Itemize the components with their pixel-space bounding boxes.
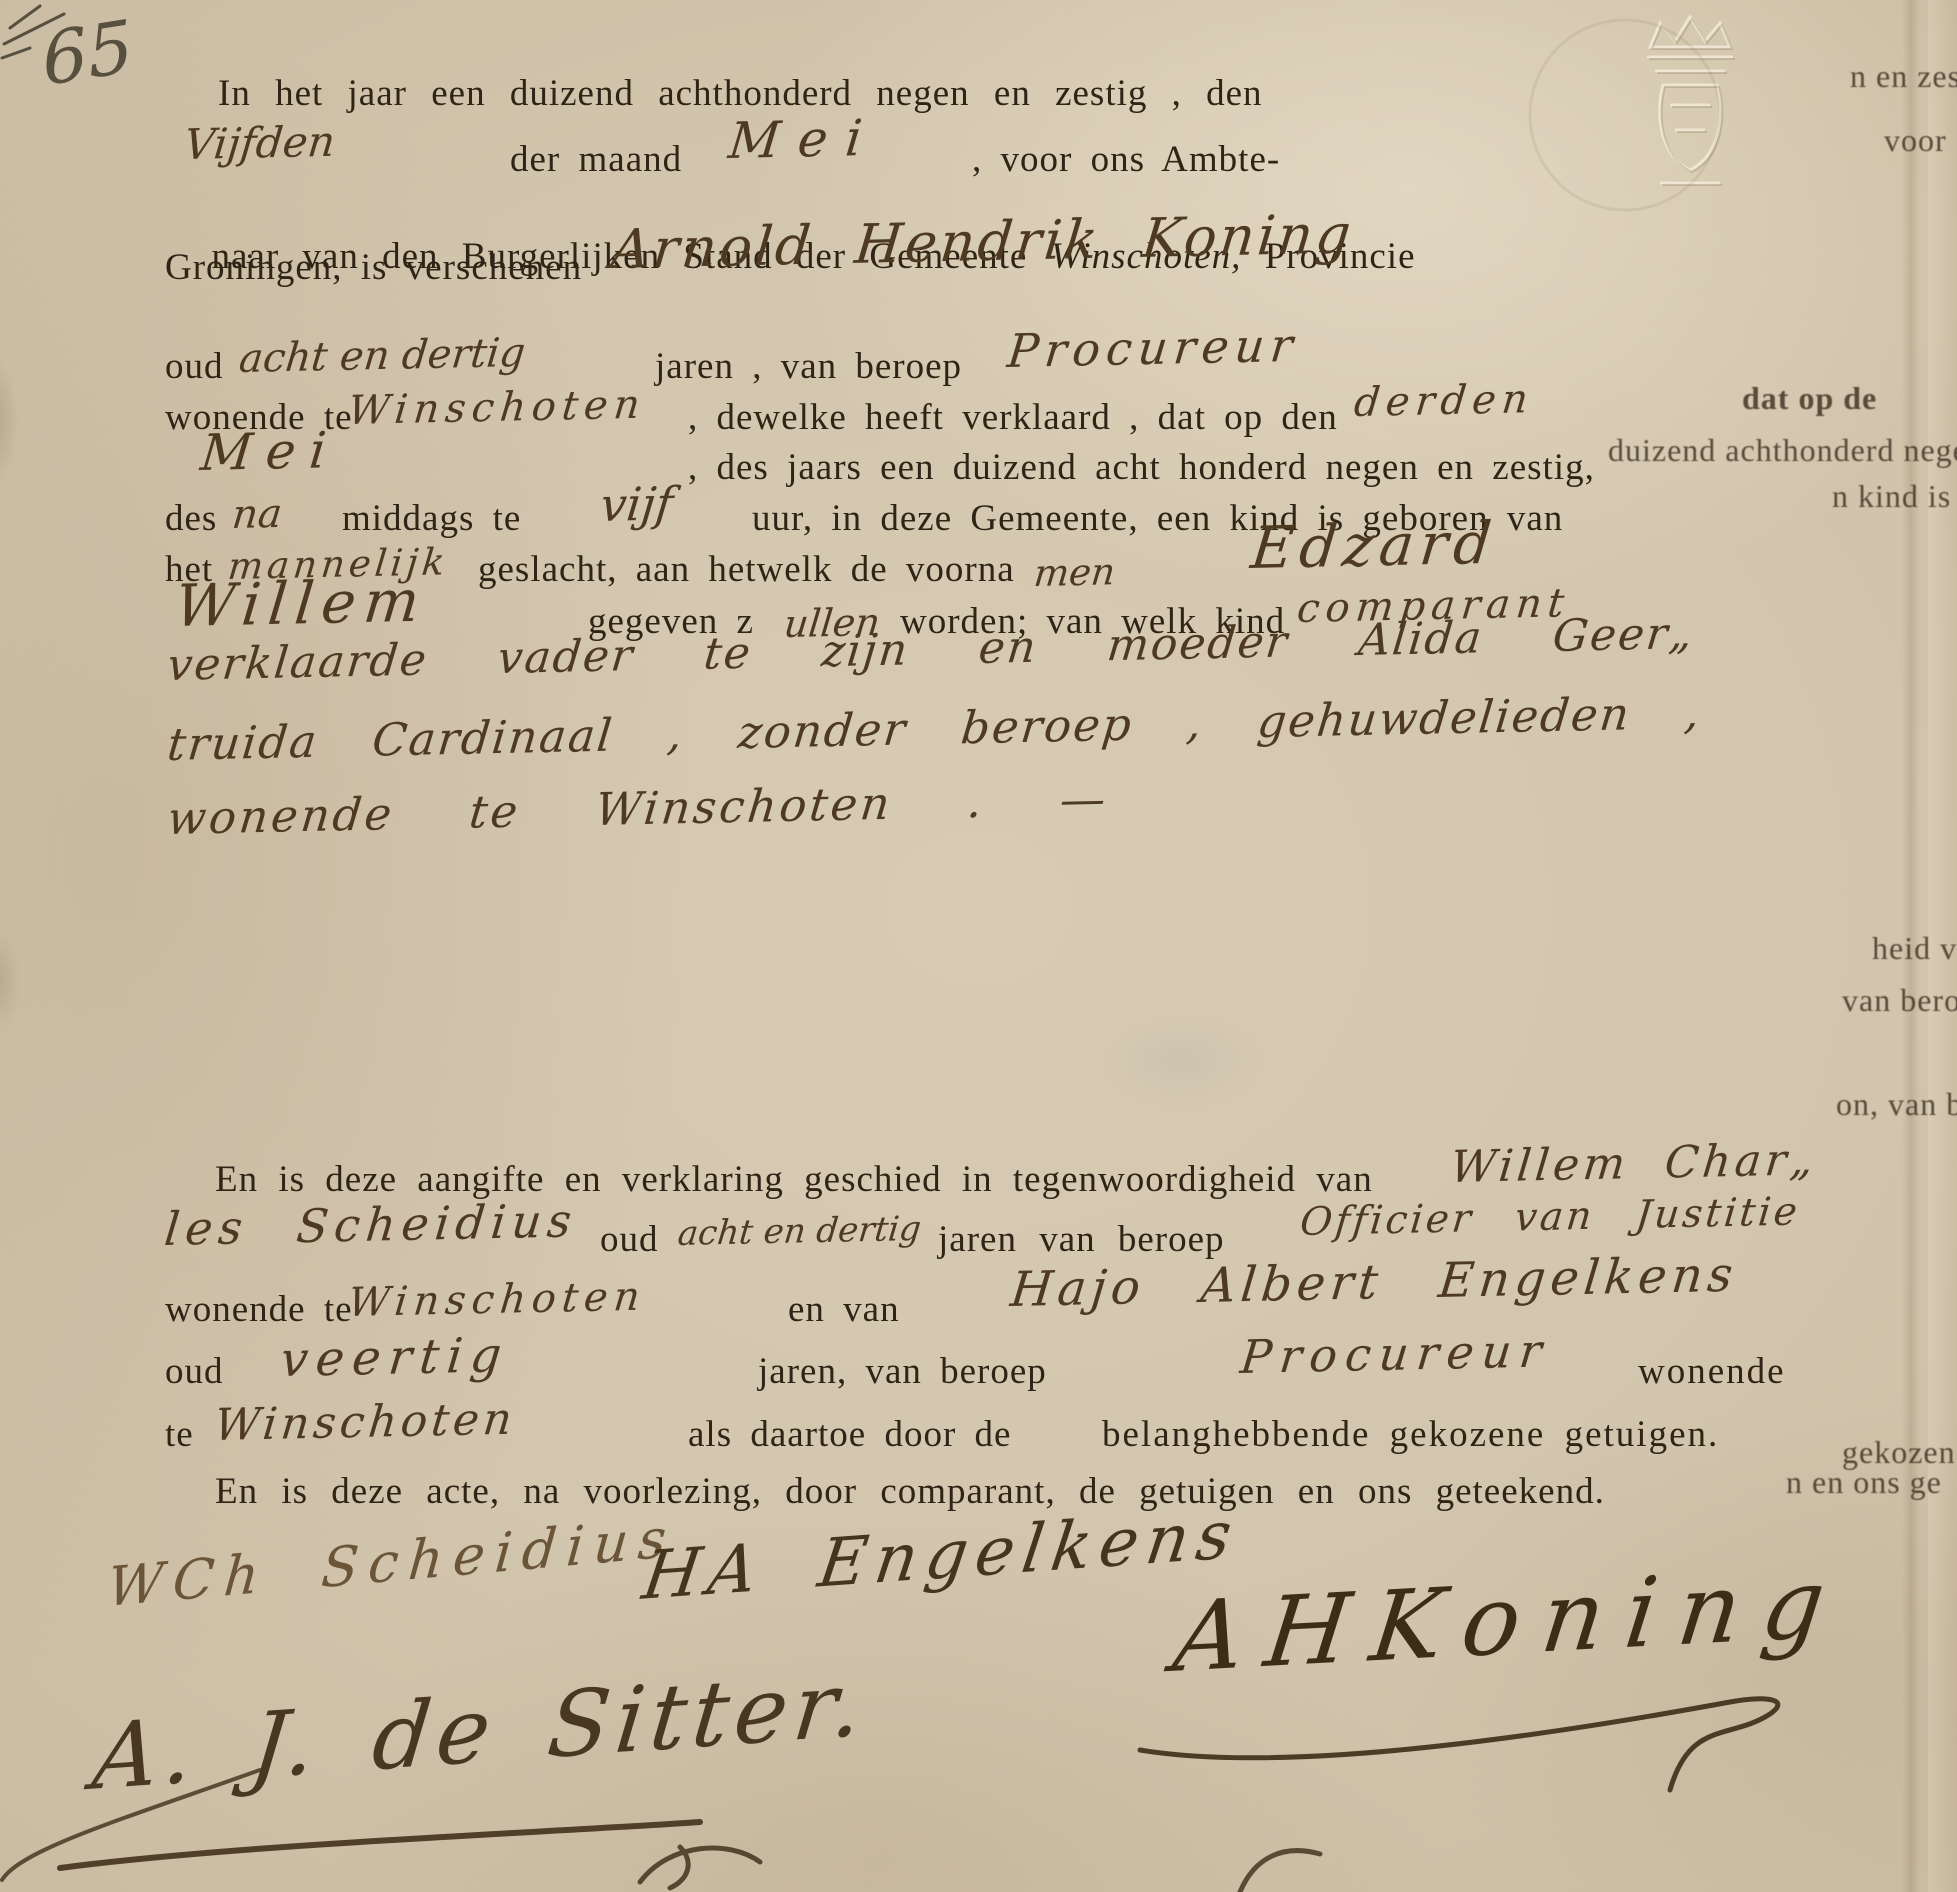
embossed-crown-seal-icon (1615, 5, 1765, 235)
bleed-fragment: van beroep (1842, 982, 1957, 1019)
cutoff-signature-mark-bottom-right (1200, 1826, 1360, 1892)
line-year: In het jaar een duizend achthonderd nege… (218, 72, 1263, 115)
witness1-age: acht en dertig (676, 1209, 923, 1254)
witness1-name-part1: Willem Char„ (1448, 1134, 1820, 1193)
label-wonende-te-w1: wonende te (165, 1288, 353, 1331)
line-verschenen: Groningen, is verschenen (165, 246, 582, 289)
label-oud: oud (165, 345, 224, 388)
witness2-residence: Winschoten (212, 1394, 518, 1451)
signature-koning: AHKoning (1168, 1546, 1853, 1694)
birth-month-value: Mei (198, 421, 343, 482)
bleed-fragment: dat op de (1742, 380, 1877, 417)
label-wonende-w2: wonende (1638, 1350, 1786, 1393)
bleed-fragment: voor (1884, 122, 1947, 159)
label-der-maand: der maand (510, 138, 682, 181)
line-des-jaars: , des jaars een duizend acht honderd neg… (688, 446, 1595, 489)
folio-number: 65 (39, 4, 137, 102)
mother-line-2: truida Cardinaal , zonder beroep , gehuw… (165, 686, 1704, 771)
signature-engelkens: HA Engelkens (638, 1495, 1244, 1615)
label-en-van: en van (788, 1288, 900, 1331)
registration-day-value: Vijfden (182, 117, 337, 169)
declarant-occupation: Procureur (1005, 318, 1301, 378)
paper-stain (1050, 980, 1310, 1140)
label-middags-te: middags te (342, 497, 521, 540)
paper-stain (0, 900, 45, 1060)
line-geslacht: geslacht, aan hetwelk de voorna (478, 548, 1015, 591)
label-jaren-beroep-w2: jaren, van beroep (758, 1350, 1047, 1393)
label-jaren-beroep-w1: jaren van beroep (938, 1218, 1225, 1261)
witness1-occupation: Officier van Justitie (1298, 1189, 1802, 1245)
cutoff-signature-mark-bottom-center (520, 1822, 860, 1892)
hw-men-suffix: men (1032, 550, 1117, 595)
witness2-age: veertig (278, 1327, 512, 1388)
bleed-fragment: n en ons ge (1786, 1464, 1942, 1501)
declarant-age: acht en dertig (237, 330, 527, 382)
line-voor-ons: , voor ons Ambte- (972, 138, 1280, 181)
witness1-name-part2: les Scheidius (162, 1193, 580, 1256)
mother-line-3: wonende te Winschoten . — (165, 772, 1111, 845)
signature-koning-flourish (1130, 1680, 1850, 1820)
line-aangifte-intro: En is deze aangifte en verklaring geschi… (215, 1158, 1373, 1201)
label-oud-witness1: oud (600, 1218, 659, 1261)
birth-record-scan: { "palette": { "paper": "#d2c5ad", "prin… (0, 0, 1957, 1892)
label-te: te (165, 1413, 194, 1456)
label-jaren-beroep: jaren , van beroep (655, 345, 962, 388)
child-middlename: Willem (172, 567, 430, 640)
birth-day-value: derden (1352, 376, 1536, 426)
child-firstname: Edzard (1248, 509, 1500, 582)
paper-stain (0, 320, 50, 520)
witness2-occupation: Procureur (1238, 1323, 1552, 1384)
birth-hour-value: vijf (598, 476, 675, 532)
line-dewelke: , dewelke heeft verklaard , dat op den (688, 396, 1338, 439)
registration-month-value: Mei (726, 109, 883, 170)
bleed-fragment: n kind is ge (1832, 478, 1957, 515)
daypart-value: na (230, 491, 284, 538)
signature-scheidius: WCh Scheidius (105, 1506, 679, 1619)
line-belanghebbende: belanghebbende gekozene getuigen. (1102, 1413, 1719, 1456)
line-als-daartoe: als daartoe door de (688, 1413, 1011, 1456)
label-oud-witness2: oud (165, 1350, 224, 1393)
bleed-fragment: heid van (1872, 930, 1957, 967)
bleed-fragment: on, van beroep (1836, 1086, 1957, 1123)
line-slotformule: En is deze acte, na voorlezing, door com… (215, 1470, 1605, 1513)
bleed-fragment: n en zestig, (1850, 58, 1957, 95)
label-des: des (165, 497, 217, 540)
bleed-fragment: duizend achthonderd nege (1608, 432, 1957, 469)
witness1-residence: Winschoten (346, 1274, 648, 1326)
declarant-residence: Winschoten (346, 382, 648, 434)
